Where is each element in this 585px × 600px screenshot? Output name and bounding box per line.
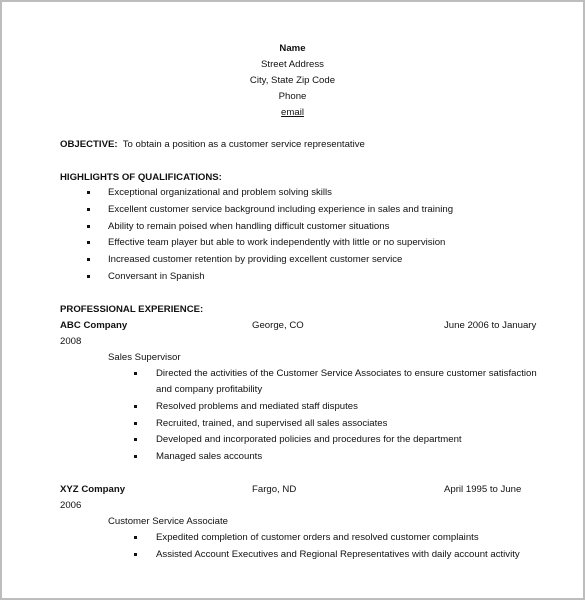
email-link-wrap: email	[2, 107, 583, 119]
list-item: Managed sales accounts	[156, 451, 262, 463]
company-name: XYZ Company	[60, 484, 125, 496]
job-title: Sales Supervisor	[108, 352, 181, 364]
objective: OBJECTIVE: To obtain a position as a cus…	[60, 139, 365, 151]
company-name: ABC Company	[60, 320, 127, 332]
list-item: Increased customer retention by providin…	[108, 254, 402, 266]
objective-label: OBJECTIVE:	[60, 139, 118, 150]
job-dates: April 1995 to June	[444, 484, 521, 496]
job-dates-cont: 2006	[60, 500, 81, 512]
list-item: Resolved problems and mediated staff dis…	[156, 401, 358, 413]
list-item: Ability to remain poised when handling d…	[108, 221, 389, 233]
phone: Phone	[2, 91, 583, 103]
bullet-icon	[134, 422, 137, 425]
bullet-icon	[134, 438, 137, 441]
objective-text: To obtain a position as a customer servi…	[123, 139, 365, 150]
bullet-icon	[87, 275, 90, 278]
job-dates: June 2006 to January	[444, 320, 536, 332]
list-item: Excellent customer service background in…	[108, 204, 453, 216]
street-address: Street Address	[2, 59, 583, 71]
list-item: Conversant in Spanish	[108, 271, 205, 283]
city-state-zip: City, State Zip Code	[2, 75, 583, 87]
experience-heading: PROFESSIONAL EXPERIENCE:	[60, 304, 203, 316]
list-item: Recruited, trained, and supervised all s…	[156, 418, 387, 430]
list-item: Exceptional organizational and problem s…	[108, 187, 332, 199]
list-item: Effective team player but able to work i…	[108, 237, 445, 249]
applicant-name: Name	[2, 43, 583, 55]
bullet-icon	[87, 191, 90, 194]
bullet-icon	[134, 536, 137, 539]
bullet-icon	[134, 455, 137, 458]
list-item: Expedited completion of customer orders …	[156, 532, 479, 544]
bullet-icon	[87, 241, 90, 244]
qualifications-heading: HIGHLIGHTS OF QUALIFICATIONS:	[60, 172, 222, 184]
email-link[interactable]: email	[281, 107, 304, 118]
bullet-icon	[134, 405, 137, 408]
bullet-icon	[134, 553, 137, 556]
list-item: Developed and incorporated policies and …	[156, 434, 462, 446]
bullet-icon	[87, 258, 90, 261]
resume-page: Name Street Address City, State Zip Code…	[0, 0, 585, 600]
job-title: Customer Service Associate	[108, 516, 228, 528]
company-location: Fargo, ND	[252, 484, 296, 496]
bullet-icon	[87, 208, 90, 211]
list-item-cont: and company profitability	[156, 384, 262, 396]
bullet-icon	[87, 225, 90, 228]
bullet-icon	[134, 372, 137, 375]
job-dates-cont: 2008	[60, 336, 81, 348]
company-location: George, CO	[252, 320, 304, 332]
list-item: Directed the activities of the Customer …	[156, 368, 537, 380]
list-item: Assisted Account Executives and Regional…	[156, 549, 520, 561]
